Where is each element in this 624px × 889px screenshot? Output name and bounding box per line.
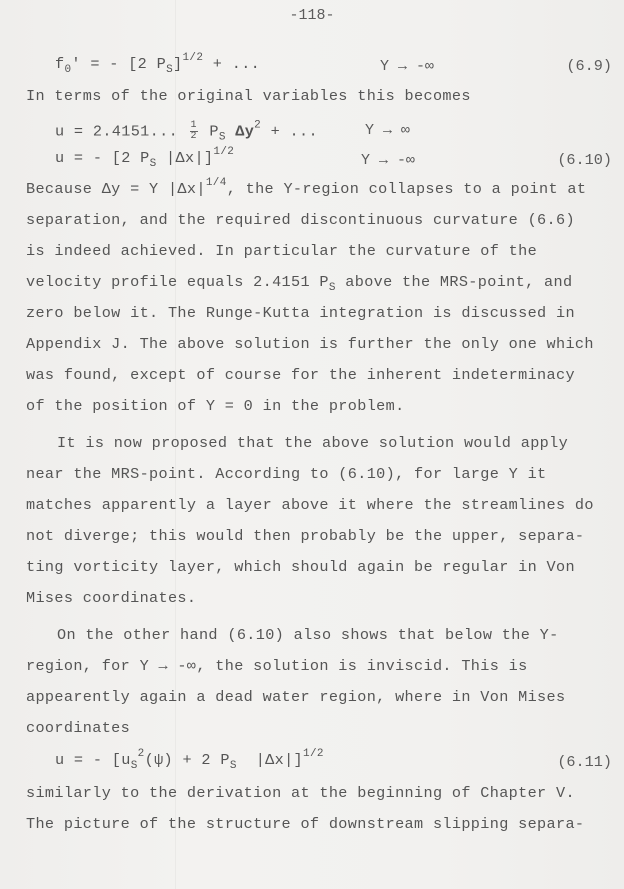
document-page: -118- f0' = - [2 PS]1/2 + ... Y → -∞ (6.… — [0, 0, 624, 889]
equation-6-10-limit: Y → -∞ — [361, 152, 415, 169]
equation-6-9: f0' = - [2 PS]1/2 + ... — [55, 57, 260, 72]
paragraph-line: not diverge; this would then probably be… — [26, 529, 584, 544]
paragraph-line: is indeed achieved. In particular the cu… — [26, 244, 537, 259]
paragraph-line: It is now proposed that the above soluti… — [57, 436, 568, 451]
paragraph-line: ting vorticity layer, which should again… — [26, 560, 575, 575]
paragraph-line: near the MRS-point. According to (6.10),… — [26, 467, 547, 482]
fraction-one-half: 12 — [190, 121, 198, 142]
paragraph-line: Because Δy = Y |Δx|1/4, the Y-region col… — [26, 182, 586, 197]
equation-6-10: u = - [2 PS |Δx|]1/2 — [55, 151, 234, 166]
page-number: -118- — [0, 7, 624, 24]
paragraph-line: of the position of Y = 0 in the problem. — [26, 399, 405, 414]
paragraph-line: On the other hand (6.10) also shows that… — [57, 628, 559, 643]
paragraph-line: separation, and the required discontinuo… — [26, 213, 575, 228]
paragraph-line: zero below it. The Runge-Kutta integrati… — [26, 306, 575, 321]
paragraph-line: coordinates — [26, 721, 130, 736]
paragraph-line: region, for Y → -∞, the solution is invi… — [26, 659, 528, 674]
paragraph-line: similarly to the derivation at the begin… — [26, 786, 575, 801]
equation-6-9-limit: Y → -∞ — [380, 58, 434, 75]
paragraph-line: velocity profile equals 2.4151 PS above … — [26, 275, 572, 290]
paragraph-line: Appendix J. The above solution is furthe… — [26, 337, 594, 352]
paragraph-line: was found, except of course for the inhe… — [26, 368, 575, 383]
equation-6-11: u = - [uS2(ψ) + 2 PS |Δx|]1/2 — [55, 753, 324, 768]
equation-number-6-11: (6.11) — [557, 753, 612, 771]
paragraph-line: matches apparently a layer above it wher… — [26, 498, 594, 513]
equation-u-upper-limit: Y → ∞ — [365, 122, 410, 139]
paragraph-line: appearently again a dead water region, w… — [26, 690, 565, 705]
equation-number-6-10: (6.10) — [557, 151, 612, 169]
paragraph-line: Mises coordinates. — [26, 591, 196, 606]
equation-number-6-9: (6.9) — [566, 57, 612, 75]
equation-u-upper: u = 2.4151... 12 PS Δy2 + ... — [55, 121, 318, 142]
paragraph-line: The picture of the structure of downstre… — [26, 817, 584, 832]
intro-line: In terms of the original variables this … — [26, 89, 471, 104]
